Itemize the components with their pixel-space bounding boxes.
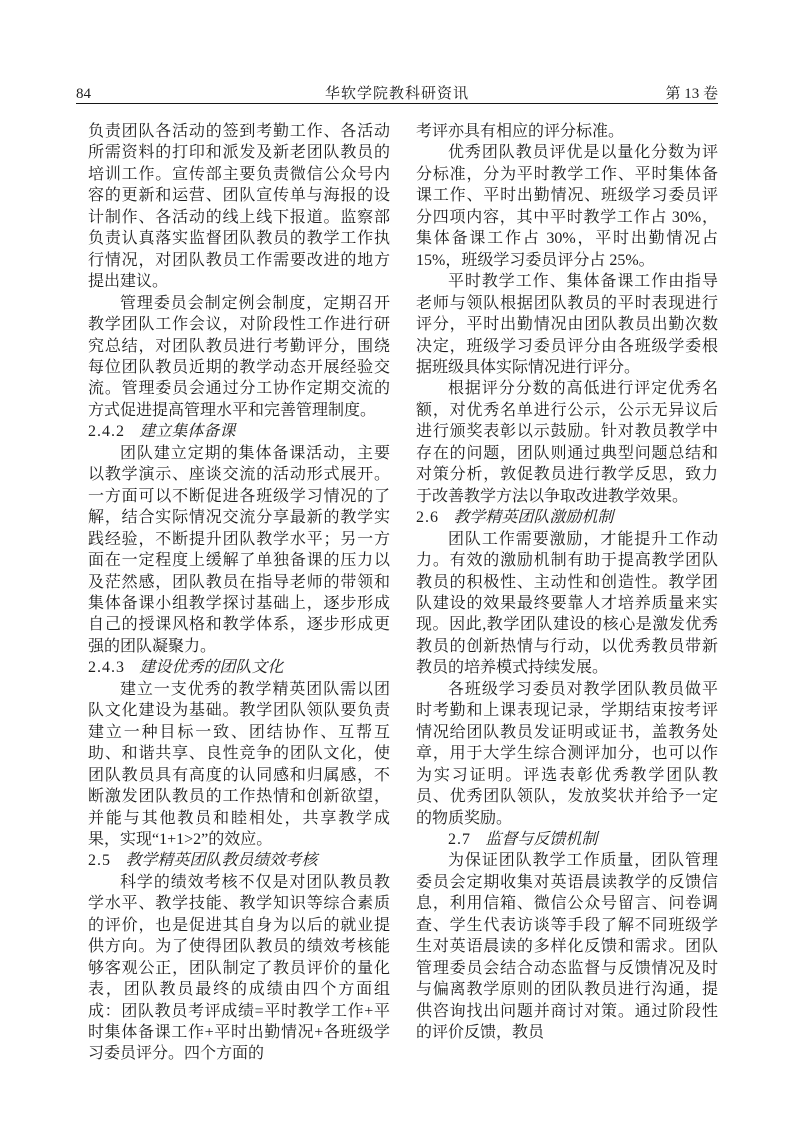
- section-number: 2.6: [416, 509, 439, 526]
- paragraph: 负责团队各活动的签到考勤工作、各活动所需资料的打印和派发及新老团队教员的培训工作…: [88, 121, 390, 293]
- journal-title: 华软学院教科研资讯: [201, 82, 594, 103]
- volume-label: 第 13 卷: [594, 82, 719, 103]
- paragraph: 团队工作需要激励，才能提升工作动力。有效的激励机制有助于提高教学团队教员的积极性…: [416, 529, 718, 679]
- section-heading: 2.5教学精英团队教员绩效考核: [88, 850, 390, 871]
- section-title: 教学精英团队激励机制: [453, 509, 613, 526]
- paragraph: 管理委员会制定例会制度，定期召开教学团队工作会议，对阶段性工作进行研究总结，对团…: [88, 293, 390, 422]
- paragraph: 考评亦具有相应的评分标准。: [416, 121, 718, 142]
- section-number: 2.4.3: [88, 659, 125, 676]
- document-page: 84 华软学院教科研资讯 第 13 卷 负责团队各活动的签到考勤工作、各活动所需…: [0, 0, 793, 1122]
- section-number: 2.5: [88, 852, 111, 869]
- section-number: 2.7: [448, 831, 471, 848]
- section-title: 建设优秀的团队文化: [139, 659, 283, 676]
- section-title: 监督与反馈机制: [485, 831, 597, 848]
- paragraph: 根据评分分数的高低进行评定优秀名额，对优秀名单进行公示，公示无异议后进行颁奖表彰…: [416, 378, 718, 507]
- paragraph: 团队建立定期的集体备课活动，主要以教学演示、座谈交流的活动形式展开。一方面可以不…: [88, 443, 390, 658]
- page-number: 84: [76, 86, 201, 103]
- section-heading: 2.4.2建立集体备课: [88, 421, 390, 442]
- section-number: 2.4.2: [88, 423, 125, 440]
- section-title: 教学精英团队教员绩效考核: [125, 852, 317, 869]
- paragraph: 各班级学习委员对教学团队教员做平时考勤和上课表现记录，学期结束按考评情况给团队教…: [416, 679, 718, 829]
- section-heading: 2.6教学精英团队激励机制: [416, 507, 718, 528]
- section-heading: 2.4.3建设优秀的团队文化: [88, 657, 390, 678]
- paragraph: 科学的绩效考核不仅是对团队教员教学水平、教学技能、教学知识等综合素质的评价，也是…: [88, 872, 390, 1065]
- section-heading: 2.7监督与反馈机制: [416, 829, 718, 850]
- paragraph: 建立一支优秀的教学精英团队需以团队文化建设为基础。教学团队领队要负责建立一种目标…: [88, 679, 390, 851]
- right-column: 考评亦具有相应的评分标准。优秀团队教员评优是以量化分数为评分标准，分为平时教学工…: [416, 121, 718, 1043]
- paragraph: 平时教学工作、集体备课工作由指导老师与领队根据团队教员的平时表现进行评分，平时出…: [416, 271, 718, 378]
- article-body: 负责团队各活动的签到考勤工作、各活动所需资料的打印和派发及新老团队教员的培训工作…: [88, 121, 718, 1065]
- left-column: 负责团队各活动的签到考勤工作、各活动所需资料的打印和派发及新老团队教员的培训工作…: [88, 121, 390, 1065]
- paragraph: 为保证团队教学工作质量，团队管理委员会定期收集对英语晨读教学的反馈信息，利用信箱…: [416, 850, 718, 1043]
- paragraph: 优秀团队教员评优是以量化分数为评分标准，分为平时教学工作、平时集体备课工作、平时…: [416, 142, 718, 271]
- section-title: 建立集体备课: [139, 423, 235, 440]
- header-rule: [76, 103, 718, 104]
- page-header: 84 华软学院教科研资讯 第 13 卷: [76, 82, 718, 103]
